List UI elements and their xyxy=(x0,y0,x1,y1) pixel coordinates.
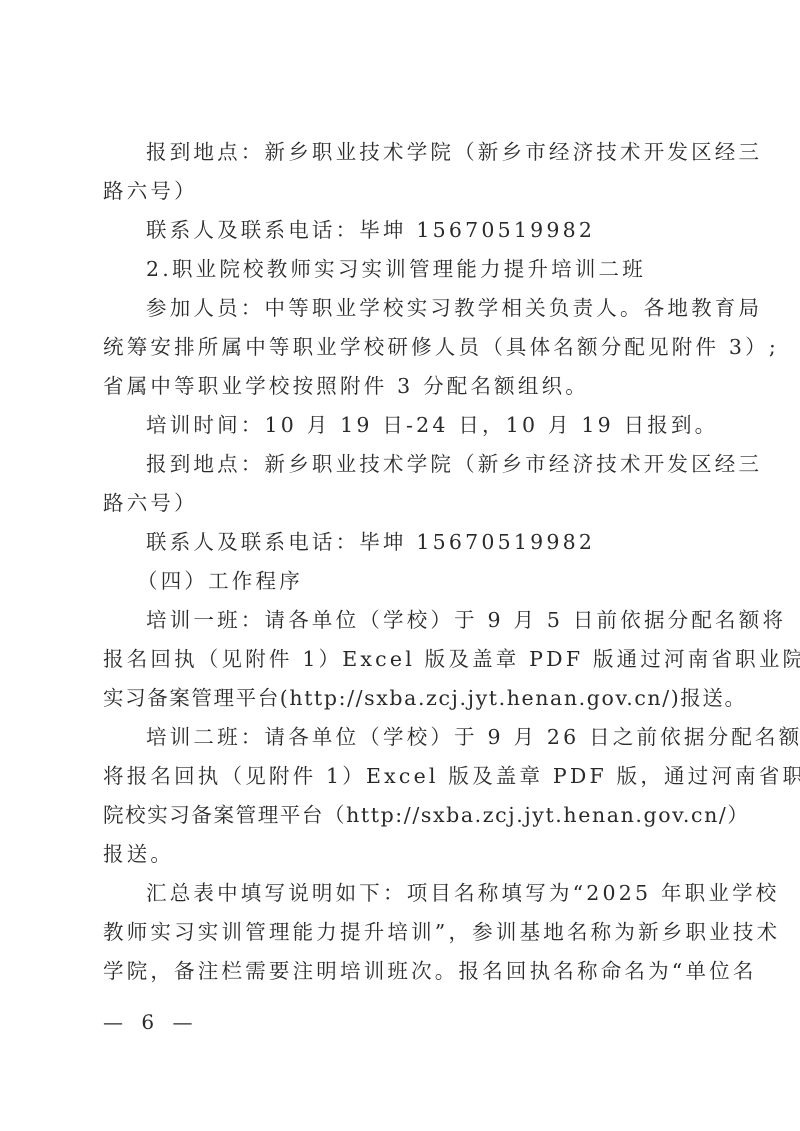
text-line-class-two-procedure: 培训二班：请各单位（学校）于 9 月 26 日之前依据分配名额 xyxy=(146,724,746,750)
text-line-report-location-1-cont: 路六号） xyxy=(103,178,703,204)
text-line-class-two-procedure-cont-1: 将报名回执（见附件 1）Excel 版及盖章 PDF 版，通过河南省职业 xyxy=(103,763,703,789)
text-line-class-one-procedure: 培训一班：请各单位（学校）于 9 月 5 日前依据分配名额将 xyxy=(146,607,746,633)
page-number: — 6 — xyxy=(103,1009,198,1035)
text-line-class-two-procedure-cont-2: 院校实习备案管理平台（http://sxba.zcj.jyt.henan.gov… xyxy=(103,802,703,828)
text-line-class-two-procedure-cont-3: 报送。 xyxy=(103,841,703,867)
text-line-class-one-procedure-cont-2: 实习备案管理平台(http://sxba.zcj.jyt.henan.gov.c… xyxy=(103,685,703,711)
text-line-class-two-title: 2.职业院校教师实习实训管理能力提升培训二班 xyxy=(146,256,746,282)
text-line-summary-instructions: 汇总表中填写说明如下：项目名称填写为“2025 年职业学校 xyxy=(146,880,746,906)
text-line-summary-instructions-cont-2: 学院，备注栏需要注明培训班次。报名回执名称命名为“单位名 xyxy=(103,958,703,984)
text-line-report-location-2-cont: 路六号） xyxy=(103,490,703,516)
document-page: 报到地点：新乡职业技术学院（新乡市经济技术开发区经三 路六号） 联系人及联系电话… xyxy=(0,0,800,1131)
text-line-report-location-2: 报到地点：新乡职业技术学院（新乡市经济技术开发区经三 xyxy=(146,451,746,477)
text-line-participants-cont-1: 统筹安排所属中等职业学校研修人员（具体名额分配见附件 3）; xyxy=(103,334,703,360)
text-line-contact-2: 联系人及联系电话：毕坤 15670519982 xyxy=(146,529,746,555)
text-line-summary-instructions-cont-1: 教师实习实训管理能力提升培训”，参训基地名称为新乡职业技术 xyxy=(103,919,703,945)
text-line-participants-cont-2: 省属中等职业学校按照附件 3 分配名额组织。 xyxy=(103,373,703,399)
text-line-report-location-1: 报到地点：新乡职业技术学院（新乡市经济技术开发区经三 xyxy=(146,139,746,165)
text-line-class-one-procedure-cont-1: 报名回执（见附件 1）Excel 版及盖章 PDF 版通过河南省职业院校 xyxy=(103,646,703,672)
text-line-contact-1: 联系人及联系电话：毕坤 15670519982 xyxy=(146,217,746,243)
section-heading-work-procedure: （四）工作程序 xyxy=(137,568,737,594)
text-line-training-time: 培训时间：10 月 19 日-24 日，10 月 19 日报到。 xyxy=(146,412,746,438)
text-line-participants: 参加人员：中等职业学校实习教学相关负责人。各地教育局 xyxy=(146,295,746,321)
